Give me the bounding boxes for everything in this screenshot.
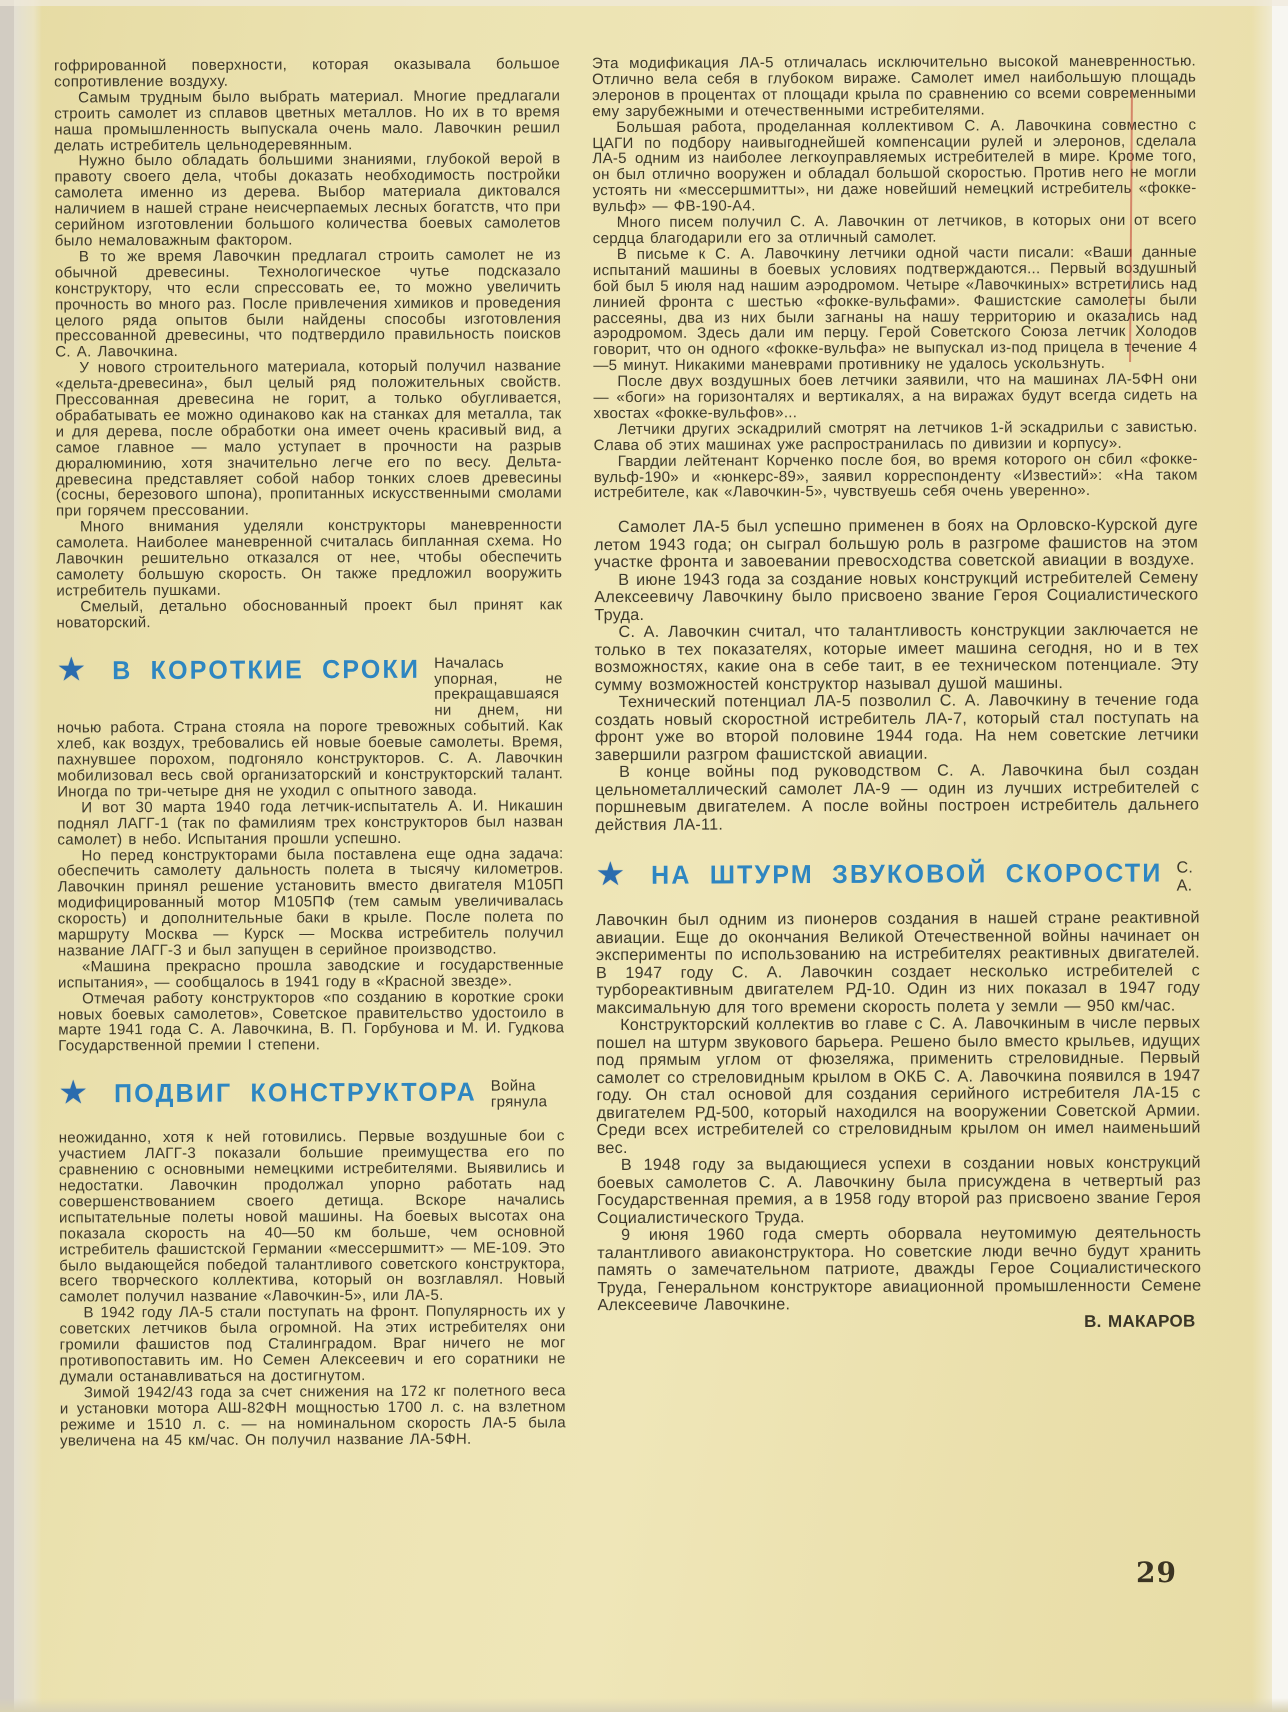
section-v-korotkie-sroki: ★ В КОРОТКИЕ СРОКИ Началась упорная, не … — [57, 655, 565, 1055]
body-paragraph: Технический потенциал ЛА-5 позволил С. А… — [595, 692, 1199, 765]
body-paragraph: В письме к С. А. Лавочкину летчики одной… — [593, 244, 1198, 374]
body-paragraph: Много внимания уделяли конструкторы мане… — [56, 518, 562, 600]
body-paragraph: Много писем получил С. А. Лавочкин от ле… — [593, 213, 1197, 247]
section-heading-block: ★ НА ШТУРМ ЗВУКОВОЙ СКОРОСТИ — [595, 860, 1162, 912]
body-paragraph: После двух воздушных боев летчики заявил… — [593, 372, 1197, 422]
body-paragraph: 9 июня 1960 года смерть оборвала неутоми… — [597, 1225, 1201, 1315]
scan-edge-right — [1272, 0, 1288, 1712]
body-paragraph: Большая работа, проделанная коллективом … — [592, 117, 1196, 215]
section-heading: НА ШТУРМ ЗВУКОВОЙ СКОРОСТИ — [651, 860, 1162, 890]
body-paragraph: В 1942 году ЛА-5 стали поступать на фрон… — [59, 1304, 565, 1386]
body-paragraph: Летчики других эскадрилий смотрят на лет… — [594, 419, 1198, 453]
scan-edge-left-soft — [14, 0, 42, 1712]
body-paragraph: гофрированной поверхности, которая оказы… — [54, 56, 560, 90]
body-paragraph: «Машина прекрасно прошла заводские и гос… — [58, 957, 564, 991]
section-heading-block: ★ В КОРОТКИЕ СРОКИ — [57, 656, 421, 708]
body-paragraph: Нужно было обладать большими знаниями, г… — [54, 152, 560, 250]
left-column: гофрированной поверхности, которая оказы… — [54, 56, 566, 1449]
body-paragraph: Конструкторский коллектив во главе с С. … — [596, 1015, 1201, 1158]
page-number: 29 — [1136, 1556, 1177, 1589]
body-paragraph: Смелый, детально обоснованный проект был… — [56, 597, 562, 631]
section-heading-block: ★ ПОДВИГ КОНСТРУКТОРА — [58, 1079, 477, 1131]
body-paragraph: В то же время Лавочкин предлагал строить… — [55, 247, 561, 361]
body-paragraph: Эта модификация ЛА-5 отличалась исключит… — [592, 54, 1196, 120]
body-paragraph: Гвардии лейтенант Корченко после боя, во… — [594, 451, 1198, 501]
body-paragraph: Самолет ЛА-5 был успешно применен в боях… — [594, 517, 1198, 572]
body-paragraph: Самым трудным было выбрать материал. Мно… — [54, 88, 560, 154]
body-paragraph: С. А. Лавочкин считал, что талантливость… — [594, 622, 1198, 695]
body-paragraph: Зимой 1942/43 года за счет снижения на 1… — [60, 1383, 566, 1449]
right-top-block: Эта модификация ЛА-5 отличалась исключит… — [592, 54, 1198, 502]
body-paragraph: И вот 30 марта 1940 года летчик-испытате… — [57, 798, 563, 848]
article-body: гофрированной поверхности, которая оказы… — [54, 54, 1202, 1449]
body-paragraph: В конце войны под руководством С. А. Лав… — [595, 762, 1199, 835]
section-na-shturm-zvukovoy-skorosti: ★ НА ШТУРМ ЗВУКОВОЙ СКОРОСТИ С. А. Лавоч… — [595, 860, 1201, 1333]
section-heading: ПОДВИГ КОНСТРУКТОРА — [114, 1079, 477, 1109]
scan-edge-left — [0, 0, 14, 1712]
author-byline: В. МАКАРОВ — [597, 1312, 1201, 1332]
body-paragraph: Отмечая работу конструкторов «по создани… — [58, 989, 564, 1055]
section-podvig-konstruktora: ★ ПОДВИГ КОНСТРУКТОРА Война грянула неож… — [58, 1079, 566, 1449]
section-star-icon: ★ — [595, 860, 625, 888]
section-star-icon: ★ — [58, 1079, 88, 1107]
right-middle-block: Самолет ЛА-5 был успешно применен в боях… — [594, 517, 1199, 835]
body-paragraph: У нового строительного материала, которы… — [55, 359, 562, 520]
right-column: Эта модификация ЛА-5 отличалась исключит… — [592, 54, 1202, 1447]
scan-edge-right-soft — [1252, 0, 1272, 1712]
section-star-icon: ★ — [57, 655, 87, 683]
scan-edge-top — [0, 0, 1288, 6]
body-paragraph: В 1948 году за выдающиеся успехи в созда… — [597, 1155, 1201, 1228]
scan-edge-bottom — [0, 1698, 1288, 1712]
body-paragraph: В июне 1943 года за создание новых конст… — [594, 569, 1198, 624]
section-heading: В КОРОТКИЕ СРОКИ — [112, 656, 420, 685]
body-paragraph: Но перед конструкторами была поставлена … — [57, 846, 563, 960]
